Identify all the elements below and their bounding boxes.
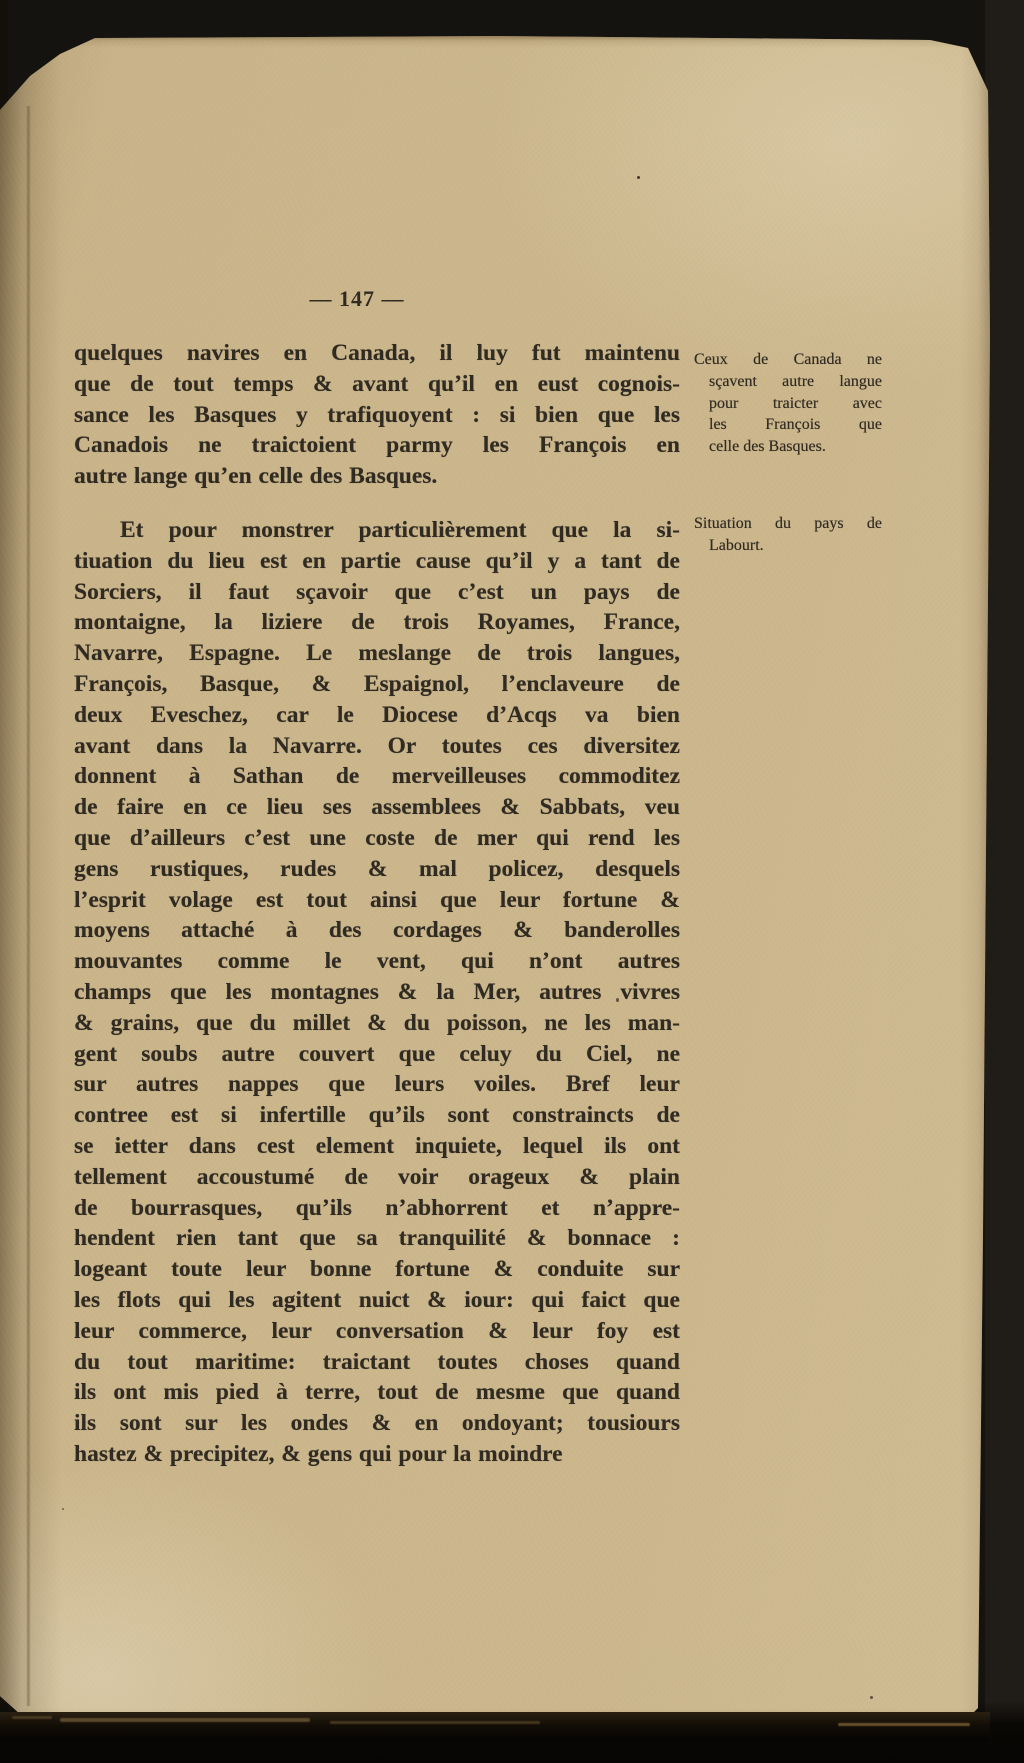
margin-note-line: Labourt.: [694, 535, 882, 557]
page-edge-highlight: [60, 1718, 310, 1722]
margin-note-line: pour traicter avec: [694, 393, 882, 415]
page-edges-shadow: [0, 1712, 990, 1742]
margin-note-line: Ceux de Canada ne: [694, 349, 882, 371]
body-line: avant dans la Navarre. Or toutes ces div…: [74, 731, 680, 762]
body-line: moyens attaché à des cordages & banderol…: [74, 915, 680, 946]
paragraph-1: quelques navires en Canada, il luy fut m…: [74, 338, 680, 492]
body-line: ils sont sur les ondes & en ondoyant; to…: [74, 1408, 680, 1439]
body-line: sance les Basques y trafiquoyent : si bi…: [74, 400, 680, 431]
margin-note-line: sçavent autre langue: [694, 371, 882, 393]
body-line: donnent à Sathan de merveilleuses commod…: [74, 761, 680, 792]
body-line: ils ont mis pied à terre, tout de mesme …: [74, 1377, 680, 1408]
margin-note-line: les François que: [694, 414, 882, 436]
body-line: hastez & precipitez, & gens qui pour la …: [74, 1439, 680, 1470]
gutter-crease: [26, 106, 31, 1706]
body-line: Canadois ne traictoient parmy les Franço…: [74, 430, 680, 461]
body-line: hendent rien tant que sa tranquilité & b…: [74, 1223, 680, 1254]
body-line: autre lange qu’en celle des Basques.: [74, 461, 680, 492]
body-line: du tout maritime: traictant toutes chose…: [74, 1347, 680, 1378]
body-line: mouvantes comme le vent, qui n’ont autre…: [74, 946, 680, 977]
body-line: leur commerce, leur conversation & leur …: [74, 1316, 680, 1347]
body-line: Navarre, Espagne. Le meslange de trois l…: [74, 638, 680, 669]
body-line: tiuation du lieu est en partie cause qu’…: [74, 546, 680, 577]
page-number: — 147 —: [54, 286, 660, 312]
body-line: gent soubs autre couvert que celuy du Ci…: [74, 1039, 680, 1070]
body-line: contree est si infertille qu’ils sont co…: [74, 1100, 680, 1131]
paper-speck: [637, 176, 640, 179]
body-line: & grains, que du millet & du poisson, ne…: [74, 1008, 680, 1039]
body-line: logeant toute leur bonne fortune & condu…: [74, 1254, 680, 1285]
margin-note-line: celle des Basques.: [694, 436, 882, 458]
paragraph-2: Et pour monstrer particulièrement que la…: [74, 515, 680, 1470]
body-line: Sorciers, il faut sçavoir que c’est un p…: [74, 577, 680, 608]
body-line: se ietter dans cest element inquiete, le…: [74, 1131, 680, 1162]
body-line: tellement accoustumé de voir orageux & p…: [74, 1162, 680, 1193]
body-line: que de tout temps & avant qu’il en eust …: [74, 369, 680, 400]
body-line: quelques navires en Canada, il luy fut m…: [74, 338, 680, 369]
paper-speck: [870, 1696, 873, 1699]
body-line: montaigne, la liziere de trois Royames, …: [74, 607, 680, 638]
body-line: champs que les montagnes & la Mer, autre…: [74, 977, 680, 1008]
body-line: de faire en ce lieu ses assemblees & Sab…: [74, 792, 680, 823]
margin-note-canada: Ceux de Canada ne sçavent autre langue p…: [694, 349, 882, 458]
body-line: Et pour monstrer particulièrement que la…: [74, 515, 680, 546]
body-line: sur autres nappes que leurs voiles. Bref…: [74, 1069, 680, 1100]
body-line: l’esprit volage est tout ainsi que leur …: [74, 885, 680, 916]
paper-speck: [616, 998, 619, 1002]
body-line: de bourrasques, qu’ils n’abhorrent et n’…: [74, 1193, 680, 1224]
page-edge-highlight: [330, 1721, 540, 1724]
body-line: les flots qui les agitent nuict & iour: …: [74, 1285, 680, 1316]
body-line: deux Eveschez, car le Diocese d’Acqs va …: [74, 700, 680, 731]
body-line: François, Basque, & Espaignol, l’enclave…: [74, 669, 680, 700]
paper-speck: [62, 1508, 64, 1510]
margin-note-line: Situation du pays de: [694, 513, 882, 535]
page-edge-highlight: [12, 1716, 52, 1719]
page-edge-highlight: [838, 1723, 970, 1726]
margin-note-labourt: Situation du pays de Labourt.: [694, 513, 882, 557]
book-page: — 147 — quelques navires en Canada, il l…: [0, 36, 990, 1726]
body-line: gens rustiques, rudes & mal policez, des…: [74, 854, 680, 885]
body-line: que d’ailleurs c’est une coste de mer qu…: [74, 823, 680, 854]
